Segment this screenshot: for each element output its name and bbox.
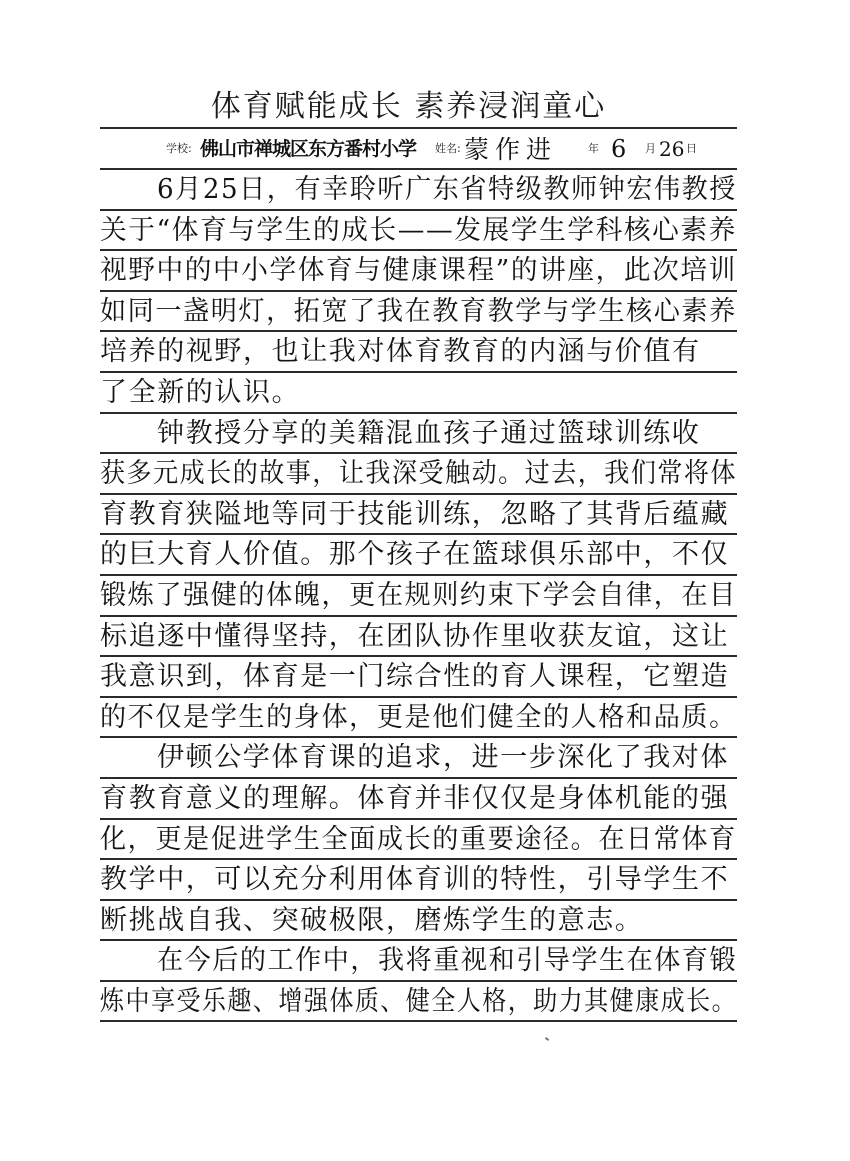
line-text: 在今后的工作中，我将重视和引导学生在体育锻 (157, 941, 737, 981)
essay-line: 炼中享受乐趣、增强体质、健全人格，助力其健康成长。 (100, 982, 737, 1023)
line-text: 视野中的中小学体育与健康课程”的讲座，此次培训 (100, 251, 737, 291)
line-text: 教学中，可以充分利用体育训的特性，引导学生不 (100, 860, 729, 900)
line-text: 的不仅是学生的身体，更是他们健全的人格和品质。 (100, 698, 737, 738)
line-text: 标追逐中懂得坚持，在团队协作里收获友谊，这让 (100, 617, 729, 657)
essay-line: 如同一盏明灯，拓宽了我在教育教学与学生核心素养 (100, 292, 737, 333)
line-text: 我意识到，体育是一门综合性的育人课程，它塑造 (100, 657, 729, 697)
essay-line: 在今后的工作中，我将重视和引导学生在体育锻 (100, 941, 737, 982)
stray-pen-mark (545, 1037, 549, 1041)
month-label: 月 (645, 130, 656, 168)
line-text: 炼中享受乐趣、增强体质、健全人格，助力其健康成长。 (100, 982, 737, 1022)
essay-line: 6月25日，有幸聆听广东省特级教师钟宏伟教授 (100, 170, 737, 211)
school-label: 学校: (166, 130, 192, 168)
line-text: 化，更是促进学生全面成长的重要途径。在日常体育 (100, 820, 737, 860)
line-text: 钟教授分享的美籍混血孩子通过篮球训练收 (157, 414, 700, 454)
line-text: 的巨大育人价值。那个孩子在篮球俱乐部中，不仅 (100, 535, 729, 575)
handwritten-essay-page: 体育赋能成长 素养浸润童心 学校: 佛山市禅城区东方番村小学 姓名: 蒙作进 年… (0, 0, 850, 1161)
line-text: 培养的视野，也让我对体育教育的内涵与价值有 (100, 332, 701, 372)
essay-line: 获多元成长的故事，让我深受触动。过去，我们常将体 (100, 454, 737, 495)
line-text: 伊顿公学体育课的追求，进一步深化了我对体 (157, 738, 729, 778)
essay-title: 体育赋能成长 素养浸润童心 (90, 88, 727, 128)
essay-line: 钟教授分享的美籍混血孩子通过篮球训练收 (100, 414, 737, 455)
essay-body: 6月25日，有幸聆听广东省特级教师钟宏伟教授 关于“体育与学生的成长——发展学生… (100, 170, 737, 1022)
line-text: 6月25日，有幸聆听广东省特级教师钟宏伟教授 (157, 170, 737, 210)
essay-line: 了全新的认识。 (100, 373, 737, 414)
line-text: 育教育意义的理解。体育并非仅仅是身体机能的强 (100, 779, 729, 819)
essay-line: 伊顿公学体育课的追求，进一步深化了我对体 (100, 738, 737, 779)
line-text: 关于“体育与学生的成长——发展学生学科核心素养 (100, 211, 737, 251)
line-text: 如同一盏明灯，拓宽了我在教育教学与学生核心素养 (100, 292, 737, 332)
essay-line: 培养的视野，也让我对体育教育的内涵与价值有 (100, 332, 737, 373)
essay-line: 育教育狭隘地等同于技能训练，忽略了其背后蕴藏 (100, 495, 737, 536)
essay-line: 锻炼了强健的体魄，更在规则约束下学会自律，在目 (100, 576, 737, 617)
line-text: 锻炼了强健的体魄，更在规则约束下学会自律，在目 (100, 576, 737, 616)
essay-line: 标追逐中懂得坚持，在团队协作里收获友谊，这让 (100, 617, 737, 658)
essay-line: 我意识到，体育是一门综合性的育人课程，它塑造 (100, 657, 737, 698)
header-info-row: 学校: 佛山市禅城区东方番村小学 姓名: 蒙作进 年 6 月 26 日 (100, 130, 737, 168)
essay-line: 的不仅是学生的身体，更是他们健全的人格和品质。 (100, 698, 737, 739)
name-label: 姓名: (435, 130, 461, 168)
school-value: 佛山市禅城区东方番村小学 (200, 130, 416, 168)
essay-line: 关于“体育与学生的成长——发展学生学科核心素养 (100, 211, 737, 252)
line-text: 断挑战自我、突破极限，磨炼学生的意志。 (100, 901, 643, 941)
day-value: 26 (659, 130, 684, 168)
day-label: 日 (686, 130, 697, 168)
essay-line: 的巨大育人价值。那个孩子在篮球俱乐部中，不仅 (100, 535, 737, 576)
line-text: 了全新的认识。 (100, 373, 300, 413)
name-value: 蒙作进 (464, 131, 557, 169)
essay-line: 教学中，可以充分利用体育训的特性，引导学生不 (100, 860, 737, 901)
essay-line: 育教育意义的理解。体育并非仅仅是身体机能的强 (100, 779, 737, 820)
line-text: 育教育狭隘地等同于技能训练，忽略了其背后蕴藏 (100, 495, 729, 535)
line-text: 获多元成长的故事，让我深受触动。过去，我们常将体 (100, 454, 737, 494)
essay-line: 化，更是促进学生全面成长的重要途径。在日常体育 (100, 820, 737, 861)
essay-line: 视野中的中小学体育与健康课程”的讲座，此次培训 (100, 251, 737, 292)
month-value: 6 (611, 130, 626, 168)
year-label: 年 (588, 130, 599, 168)
title-rule (100, 127, 737, 129)
essay-line: 断挑战自我、突破极限，磨炼学生的意志。 (100, 901, 737, 942)
